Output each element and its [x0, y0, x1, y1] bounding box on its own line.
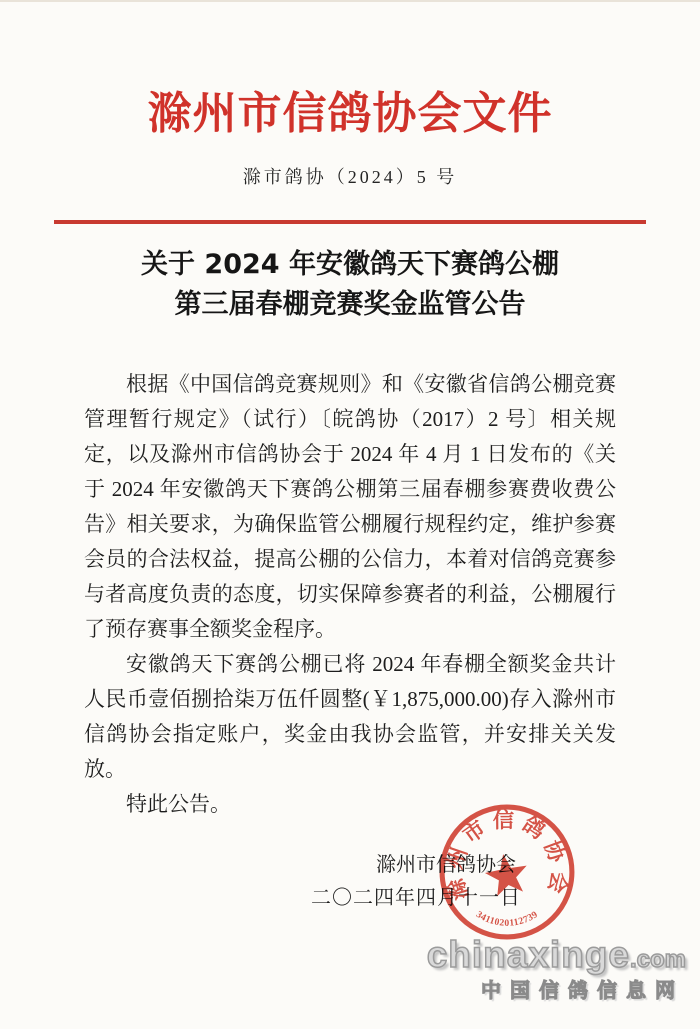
- seal-organization-text: 滁州市信鸽协会: [442, 807, 573, 903]
- document-title-line1: 关于 2024 年安徽鸽天下赛鸽公棚: [0, 245, 700, 285]
- signoff-organization: 滁州市信鸽协会: [0, 848, 700, 877]
- watermark-site-name: 中国信鸽信息网: [427, 980, 684, 1002]
- body-paragraph-1: 根据《中国信鸽竞赛规则》和《安徽省信鸽公棚竞赛管理暂行规定》（试行）〔皖鸽协（2…: [84, 367, 616, 647]
- document-title: 关于 2024 年安徽鸽天下赛鸽公棚 第三届春棚竞赛奖金监管公告: [0, 245, 700, 325]
- seal-star-icon: [482, 850, 531, 897]
- watermark-domain: chinaxinge.com: [427, 935, 686, 976]
- site-watermark: chinaxinge.com 中国信鸽信息网: [427, 935, 686, 1002]
- seal-number-text: 3411020112739: [474, 909, 540, 929]
- red-divider-line: [54, 220, 646, 224]
- document-page: 滁州市信鸽协会文件 滁市鸽协（2024）5 号 关于 2024 年安徽鸽天下赛鸽…: [0, 0, 700, 1029]
- document-number: 滁市鸽协（2024）5 号: [0, 163, 700, 189]
- official-seal: 滁州市信鸽协会 3411020112739: [436, 801, 578, 943]
- watermark-domain-name: chinaxinge: [427, 934, 630, 975]
- signoff-date: 二〇二四年四月十一日: [0, 881, 700, 910]
- document-body: 根据《中国信鸽竞赛规则》和《安徽省信鸽公棚竞赛管理暂行规定》（试行）〔皖鸽协（2…: [84, 367, 616, 822]
- watermark-domain-tld: .com: [630, 946, 686, 973]
- document-title-line2: 第三届春棚竞赛奖金监管公告: [0, 285, 700, 325]
- signoff-block: 滁州市信鸽协会 二〇二四年四月十一日: [0, 848, 700, 910]
- body-paragraph-2: 安徽鸽天下赛鸽公棚已将 2024 年春棚全额奖金共计人民币壹佰捌拾柒万伍仟圆整(…: [84, 647, 616, 787]
- document-header-title: 滁州市信鸽协会文件: [0, 86, 700, 141]
